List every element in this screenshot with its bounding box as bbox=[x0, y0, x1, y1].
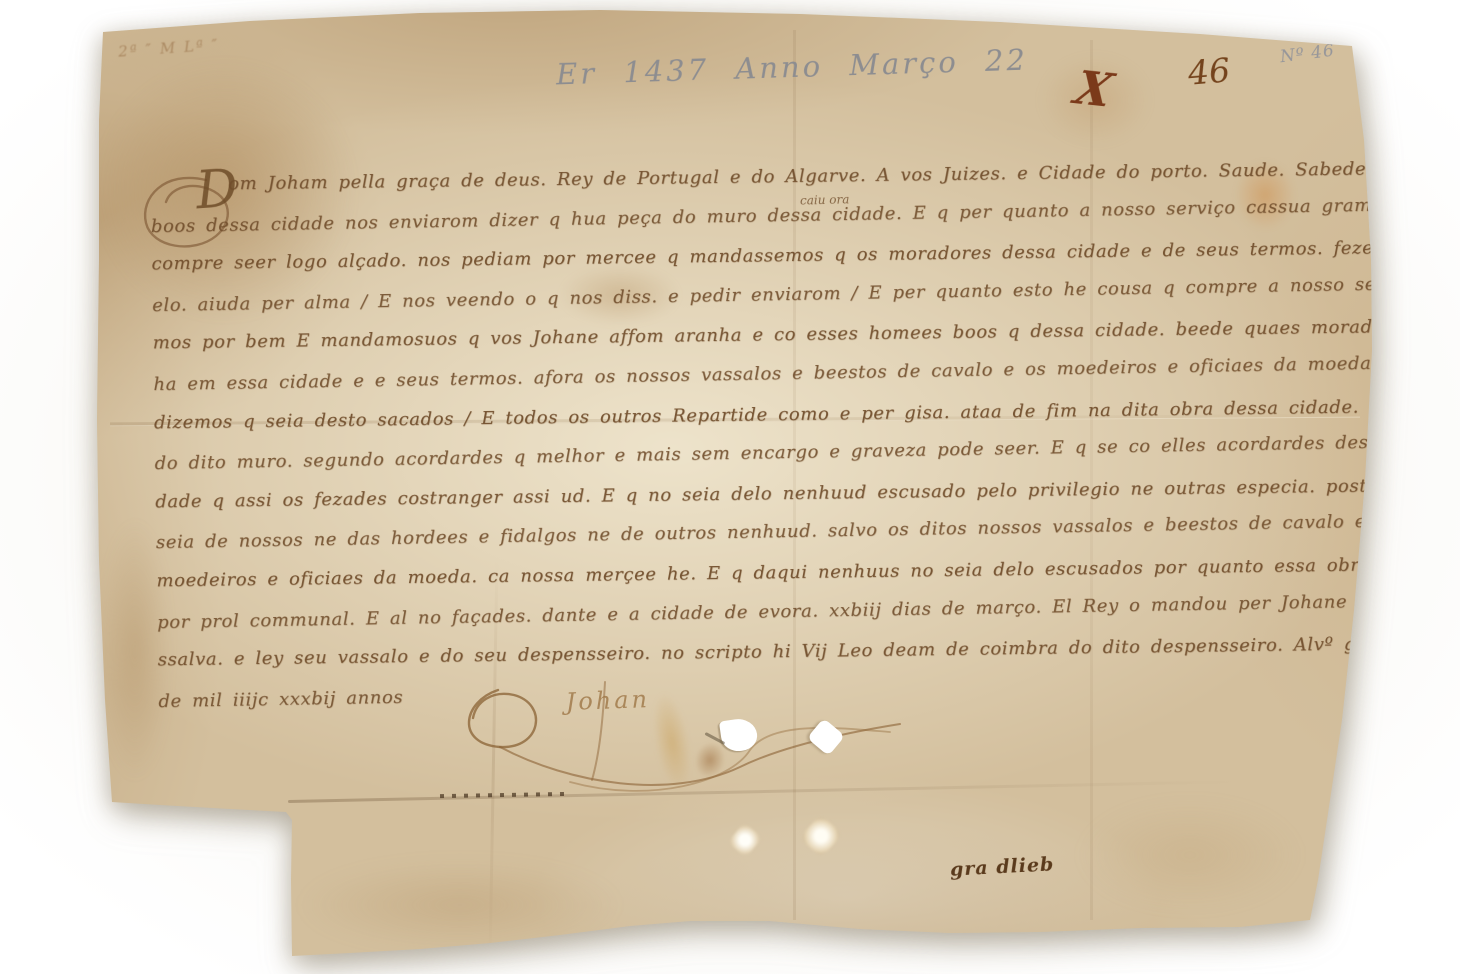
archival-number-ink: 46 bbox=[1186, 50, 1231, 93]
pencil-date-annotation: Er 1437 Anno Março 22 bbox=[556, 43, 1029, 92]
parchment: 2ª ″ M Lª ″ Er 1437 Anno Março 22 X 46 N… bbox=[0, 0, 1460, 974]
signature-name: Johan bbox=[560, 685, 650, 716]
verso-scribal-note: gra dlieb bbox=[949, 853, 1054, 880]
archival-cross-mark: X bbox=[1070, 61, 1119, 118]
archival-number-pencil: Nº 46 bbox=[1279, 41, 1336, 68]
royal-signature: Johan bbox=[420, 632, 920, 802]
parchment-cast-shadow: 2ª ″ M Lª ″ Er 1437 Anno Março 22 X 46 N… bbox=[0, 0, 1460, 974]
seal-slit-hole bbox=[727, 822, 762, 857]
stain bbox=[1080, 800, 1300, 910]
photograph-of-parchment-charter: 2ª ″ M Lª ″ Er 1437 Anno Março 22 X 46 N… bbox=[0, 0, 1460, 974]
stain bbox=[300, 860, 620, 950]
seal-slit-hole bbox=[799, 814, 843, 858]
shelfmark-annotation: 2ª ″ M Lª ″ bbox=[118, 29, 309, 60]
